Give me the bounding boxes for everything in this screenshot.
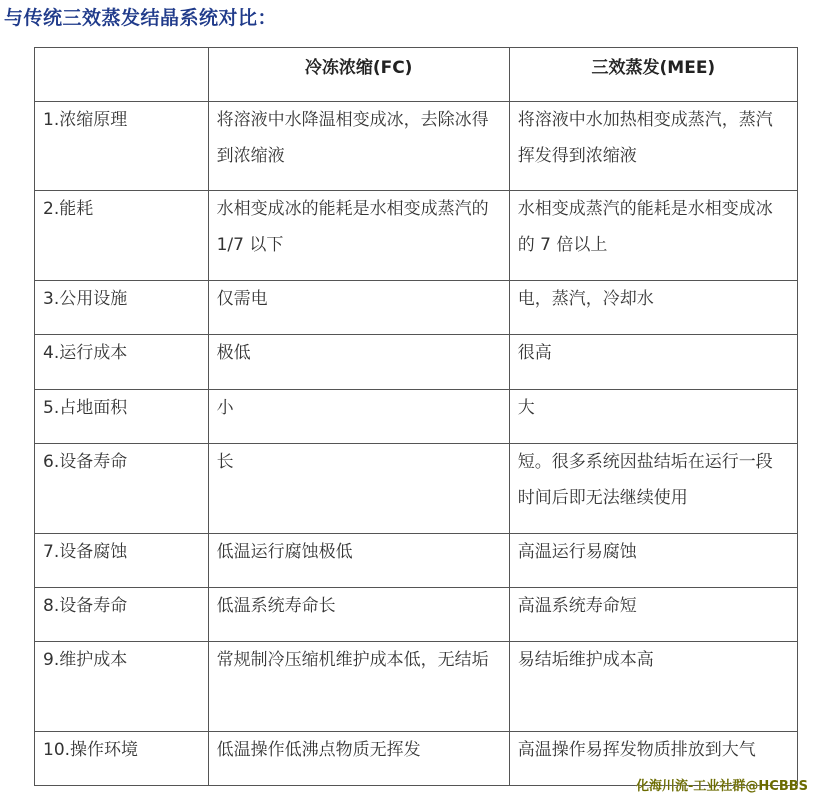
row-fc-cell: 仅需电 xyxy=(208,281,509,335)
row-fc-cell: 低温操作低沸点物质无挥发 xyxy=(208,732,509,786)
row-item-cell: 3.公用设施 xyxy=(35,281,209,335)
row-fc-cell: 小 xyxy=(208,390,509,444)
row-fc-cell: 水相变成冰的能耗是水相变成蒸汽的 1/7 以下 xyxy=(208,191,509,281)
table-row: 9.维护成本常规制冷压缩机维护成本低，无结垢易结垢维护成本高 xyxy=(35,642,798,732)
row-item-cell: 9.维护成本 xyxy=(35,642,209,732)
row-mee-cell: 电，蒸汽，冷却水 xyxy=(509,281,797,335)
header-mee: 三效蒸发(MEE) xyxy=(509,48,797,102)
table-row: 6.设备寿命长短。很多系统因盐结垢在运行一段时间后即无法继续使用 xyxy=(35,444,798,534)
watermark: 化海川流-工业社群@HCBBS xyxy=(636,775,808,794)
comparison-table: 冷冻浓缩(FC) 三效蒸发(MEE) 1.浓缩原理将溶液中水降温相变成冰，去除冰… xyxy=(34,47,798,786)
row-mee-cell: 大 xyxy=(509,390,797,444)
row-item-cell: 10.操作环境 xyxy=(35,732,209,786)
row-item-cell: 8.设备寿命 xyxy=(35,588,209,642)
table-row: 3.公用设施仅需电电，蒸汽，冷却水 xyxy=(35,281,798,335)
row-fc-cell: 极低 xyxy=(208,335,509,390)
row-mee-cell: 将溶液中水加热相变成蒸汽，蒸汽挥发得到浓缩液 xyxy=(509,102,797,191)
table-header-row: 冷冻浓缩(FC) 三效蒸发(MEE) xyxy=(35,48,798,102)
row-fc-cell: 将溶液中水降温相变成冰，去除冰得到浓缩液 xyxy=(208,102,509,191)
row-mee-cell: 高温运行易腐蚀 xyxy=(509,534,797,588)
row-fc-cell: 长 xyxy=(208,444,509,534)
row-fc-cell: 低温系统寿命长 xyxy=(208,588,509,642)
row-item-cell: 1.浓缩原理 xyxy=(35,102,209,191)
page-title: 与传统三效蒸发结晶系统对比： xyxy=(4,3,277,30)
row-item-cell: 2.能耗 xyxy=(35,191,209,281)
row-mee-cell: 短。很多系统因盐结垢在运行一段时间后即无法继续使用 xyxy=(509,444,797,534)
row-fc-cell: 常规制冷压缩机维护成本低，无结垢 xyxy=(208,642,509,732)
header-item xyxy=(35,48,209,102)
row-item-cell: 7.设备腐蚀 xyxy=(35,534,209,588)
row-mee-cell: 易结垢维护成本高 xyxy=(509,642,797,732)
table-row: 8.设备寿命低温系统寿命长高温系统寿命短 xyxy=(35,588,798,642)
row-item-cell: 4.运行成本 xyxy=(35,335,209,390)
table-row: 5.占地面积小大 xyxy=(35,390,798,444)
row-mee-cell: 高温系统寿命短 xyxy=(509,588,797,642)
header-fc: 冷冻浓缩(FC) xyxy=(208,48,509,102)
row-fc-cell: 低温运行腐蚀极低 xyxy=(208,534,509,588)
row-mee-cell: 水相变成蒸汽的能耗是水相变成冰的 7 倍以上 xyxy=(509,191,797,281)
row-item-cell: 6.设备寿命 xyxy=(35,444,209,534)
table-row: 2.能耗水相变成冰的能耗是水相变成蒸汽的 1/7 以下水相变成蒸汽的能耗是水相变… xyxy=(35,191,798,281)
table-row: 4.运行成本极低很高 xyxy=(35,335,798,390)
table-row: 7.设备腐蚀低温运行腐蚀极低高温运行易腐蚀 xyxy=(35,534,798,588)
table-row: 1.浓缩原理将溶液中水降温相变成冰，去除冰得到浓缩液将溶液中水加热相变成蒸汽，蒸… xyxy=(35,102,798,191)
row-mee-cell: 很高 xyxy=(509,335,797,390)
row-item-cell: 5.占地面积 xyxy=(35,390,209,444)
